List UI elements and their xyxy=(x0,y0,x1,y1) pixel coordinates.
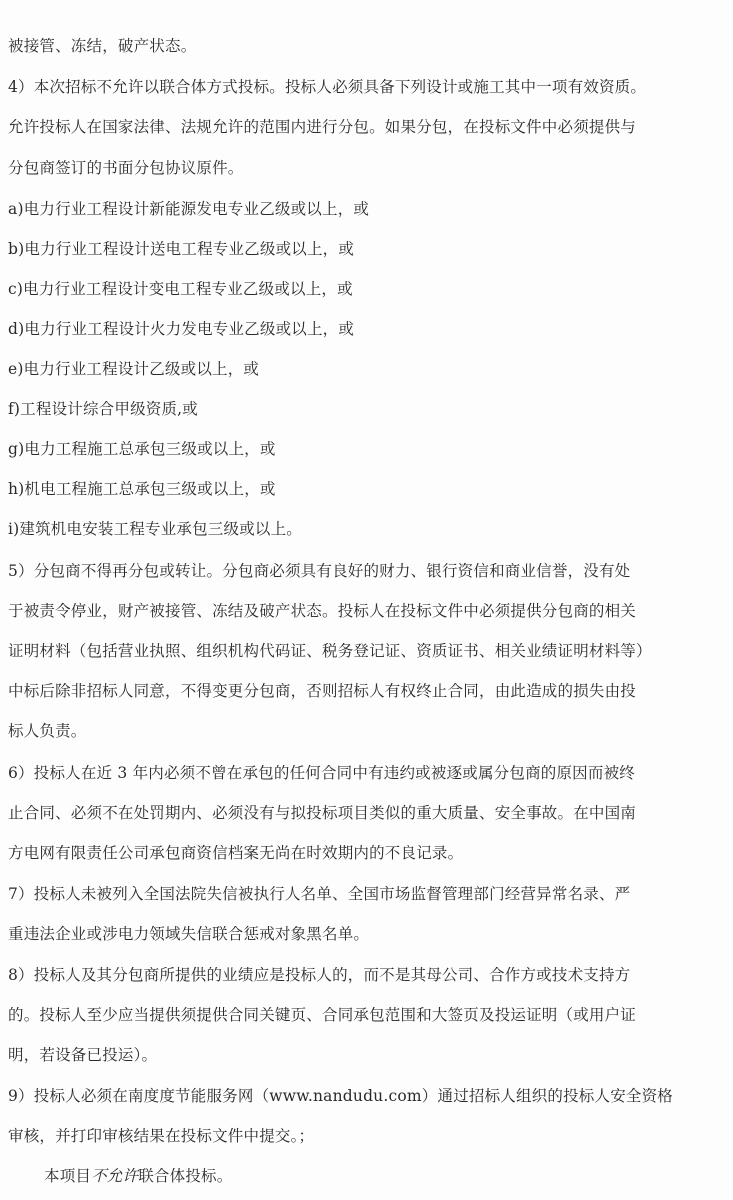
clause-7-line-2: 重违法企业或涉电力领域失信联合惩戒对象黑名单。 xyxy=(8,924,728,944)
final-statement-emphasis: 不允许 xyxy=(91,1167,138,1185)
clause-5-line-3: 证明材料（包括营业执照、组织机构代码证、税务登记证、资质证书、相关业绩证明材料等… xyxy=(8,641,728,661)
final-statement-suffix: 联合体投标。 xyxy=(138,1167,232,1185)
qualification-c: c)电力行业工程设计变电工程专业乙级或以上，或 xyxy=(8,279,728,299)
clause-5-line-2: 于被责令停业，财产被接管、冻结及破产状态。投标人在投标文件中必须提供分包商的相关 xyxy=(8,601,728,621)
qualification-h: h)机电工程施工总承包三级或以上，或 xyxy=(8,479,728,499)
document-page: 被接管、冻结，破产状态。 4）本次招标不允许以联合体方式投标。投标人必须具备下列… xyxy=(0,0,733,1200)
clause-4-line-3: 分包商签订的书面分包协议原件。 xyxy=(8,158,728,178)
clause-5-line-4: 中标后除非招标人同意，不得变更分包商，否则招标人有权终止合同，由此造成的损失由投 xyxy=(8,681,728,701)
clause-4-line-1: 4）本次招标不允许以联合体方式投标。投标人必须具备下列设计或施工其中一项有效资质… xyxy=(8,77,728,97)
clause-4-line-2: 允许投标人在国家法律、法规允许的范围内进行分包。如果分包，在投标文件中必须提供与 xyxy=(8,117,728,137)
final-statement: 本项目不允许联合体投标。 xyxy=(44,1166,733,1186)
clause-6-line-1: 6）投标人在近 3 年内必须不曾在承包的任何合同中有违约或被逐或属分包商的原因而… xyxy=(8,763,728,783)
clause-5-line-1: 5）分包商不得再分包或转让。分包商必须具有良好的财力、银行资信和商业信誉，没有处 xyxy=(8,561,728,581)
qualification-d: d)电力行业工程设计火力发电专业乙级或以上，或 xyxy=(8,319,728,339)
clause-8-line-1: 8）投标人及其分包商所提供的业绩应是投标人的，而不是其母公司、合作方或技术支持方 xyxy=(8,965,728,985)
clause-8-line-2: 的。投标人至少应当提供须提供合同关键页、合同承包范围和大签页及投运证明（或用户证 xyxy=(8,1005,728,1025)
qualification-g: g)电力工程施工总承包三级或以上，或 xyxy=(8,439,728,459)
qualification-e: e)电力行业工程设计乙级或以上，或 xyxy=(8,359,728,379)
qualification-i: i)建筑机电安装工程专业承包三级或以上。 xyxy=(8,519,728,539)
clause-9-line-2: 审核，并打印审核结果在投标文件中提交。； xyxy=(8,1126,728,1146)
qualification-a: a)电力行业工程设计新能源发电专业乙级或以上，或 xyxy=(8,199,728,219)
final-statement-prefix: 本项目 xyxy=(44,1167,91,1185)
clause-9-line-1: 9）投标人必须在南度度节能服务网（www.nandudu.com）通过招标人组织… xyxy=(8,1086,728,1106)
text-line: 被接管、冻结，破产状态。 xyxy=(8,36,728,56)
clause-7-line-1: 7）投标人未被列入全国法院失信被执行人名单、全国市场监督管理部门经营异常名录、严 xyxy=(8,884,728,904)
clause-6-line-3: 方电网有限责任公司承包商资信档案无尚在时效期内的不良记录。 xyxy=(8,843,728,863)
clause-6-line-2: 止合同、必须不在处罚期内、必须没有与拟投标项目类似的重大质量、安全事故。在中国南 xyxy=(8,803,728,823)
qualification-f: f)工程设计综合甲级资质,或 xyxy=(8,399,728,419)
clause-5-line-5: 标人负责。 xyxy=(8,721,728,741)
clause-8-line-3: 明，若设备已投运）。 xyxy=(8,1045,728,1065)
qualification-b: b)电力行业工程设计送电工程专业乙级或以上，或 xyxy=(8,239,728,259)
